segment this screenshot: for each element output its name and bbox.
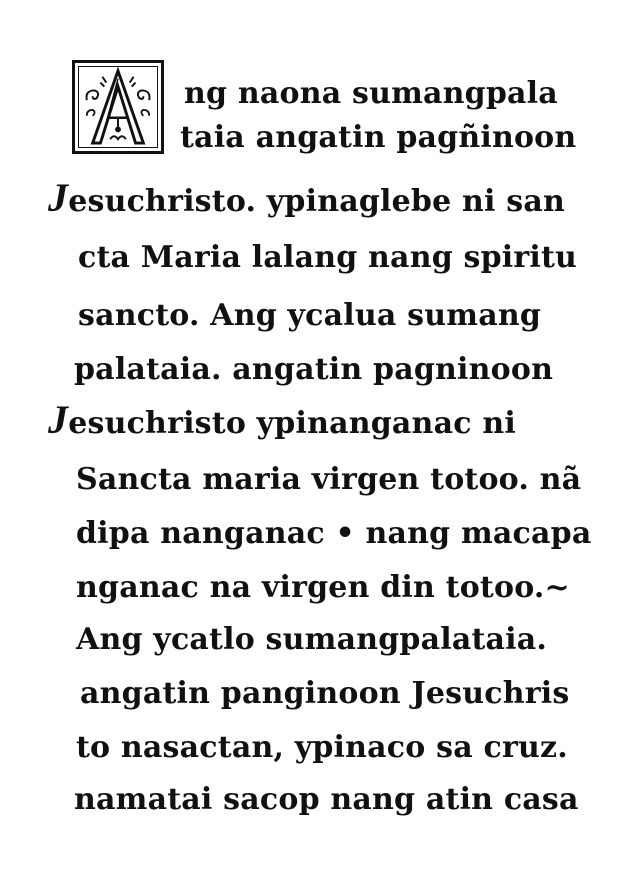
- ornamented-drop-cap: [72, 60, 164, 154]
- drop-cap-letter-a-icon: [79, 67, 157, 147]
- text-line-8: Sancta maria virgen totoo. nã: [76, 462, 581, 498]
- text-line-14: namatai sacop nang atin casa: [74, 782, 579, 818]
- initial-j: J: [48, 175, 68, 220]
- initial-j: J: [48, 397, 68, 442]
- text-line-10: nganac na virgen din totoo.~: [76, 570, 570, 606]
- text-line-11: Ang ycatlo sumangpalataia.: [76, 622, 547, 658]
- text-line-2: taia angatin pagñinoon: [180, 120, 576, 156]
- text-line-6: palataia. angatin pagninoon: [74, 352, 553, 388]
- text-line-7: Jesuchristo ypinanganac ni: [48, 402, 516, 442]
- text-line-9: dipa nanganac • nang macapa: [76, 516, 591, 552]
- text-line-13: to nasactan, ypinaco sa cruz.: [76, 730, 568, 766]
- text-line-5: sancto. Ang ycalua sumang: [78, 298, 541, 334]
- text-line-1: ng naona sumangpala: [184, 76, 558, 112]
- document-page: ng naona sumangpala taia angatin pagñino…: [0, 0, 640, 889]
- text-line-3: Jesuchristo. ypinaglebe ni san: [48, 180, 565, 220]
- text-line-4: cta Maria lalang nang spiritu: [78, 240, 577, 276]
- text-line-12: angatin panginoon Jesuchris: [80, 676, 569, 712]
